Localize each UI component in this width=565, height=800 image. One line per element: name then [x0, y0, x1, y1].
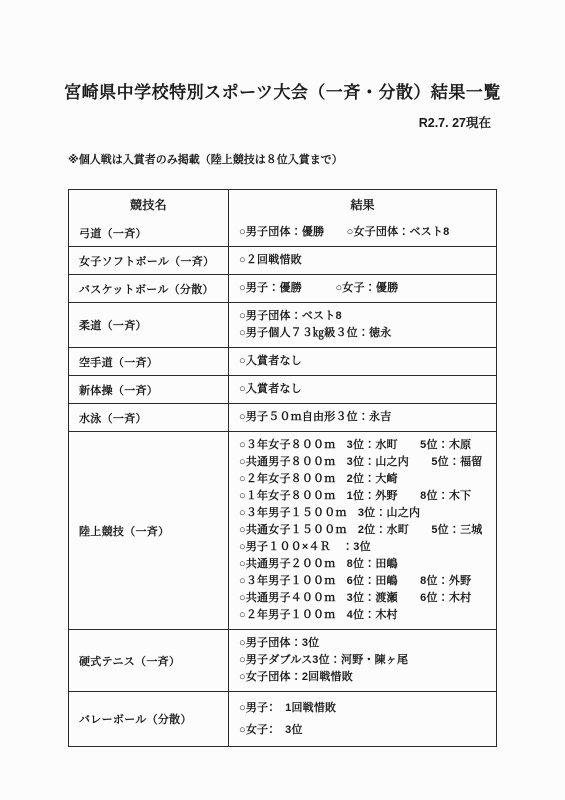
- event-results: ○男子：優勝 ○女子：優勝: [229, 275, 496, 302]
- result-line: ○２年女子８００ｍ 2位：大崎: [239, 471, 486, 488]
- event-results: ○男子： 1回戦惜敗○女子： 3位: [229, 692, 496, 746]
- event-name: 硬式テニス（一斉）: [69, 630, 229, 691]
- result-line: ○女子： 3位: [239, 719, 486, 741]
- result-line: ○女子団体：2回戦惜敗: [239, 669, 486, 686]
- result-line: ○男子団体：ベスト8: [239, 308, 486, 325]
- result-line: ○３年男子１００ｍ 6位：田嶋 8位：外野: [239, 573, 486, 590]
- result-line: ○男子個人７３㎏級３位：徳永: [239, 325, 486, 342]
- result-line: ○男子５０ｍ自由形３位：永吉: [239, 409, 486, 426]
- result-line: ○２年男子１００ｍ 4位：木村: [239, 607, 486, 624]
- table-row: 水泳（一斉）○男子５０ｍ自由形３位：永吉: [69, 403, 496, 431]
- result-line: ○男子ダブルス3位：河野・陳ヶ尾: [239, 652, 486, 669]
- results-table: 競技名 結果 弓道（一斉）○男子団体：優勝 ○女子団体：ベスト8女子ソフトボール…: [68, 189, 497, 747]
- result-line: ○１年女子８００ｍ 1位：外野 8位：木下: [239, 488, 486, 505]
- event-results: ○３年女子８００ｍ 3位：水町 5位：木原○共通男子８００ｍ 3位：山之内 5位…: [229, 432, 496, 629]
- table-body: 弓道（一斉）○男子団体：優勝 ○女子団体：ベスト8女子ソフトボール（一斉）○２回…: [69, 219, 496, 746]
- result-line: ○男子団体：優勝 ○女子団体：ベスト8: [239, 224, 486, 241]
- event-results: ○男子団体：3位○男子ダブルス3位：河野・陳ヶ尾○女子団体：2回戦惜敗: [229, 630, 496, 691]
- result-line: ○共通男子４００ｍ 3位：渡瀬 6位：木村: [239, 590, 486, 607]
- event-results: ○入賞者なし: [229, 348, 496, 375]
- event-results: ○入賞者なし: [229, 376, 496, 403]
- result-line: ○３年男子１５００ｍ 3位：山之内: [239, 505, 486, 522]
- event-name: 柔道（一斉）: [69, 303, 229, 347]
- header-result: 結果: [229, 190, 496, 219]
- result-line: ○入賞者なし: [239, 353, 486, 370]
- table-row: 陸上競技（一斉）○３年女子８００ｍ 3位：水町 5位：木原○共通男子８００ｍ 3…: [69, 431, 496, 629]
- event-name: 空手道（一斉）: [69, 348, 229, 375]
- result-line: ○男子１００×４Ｒ ：3位: [239, 539, 486, 556]
- event-name: バスケットボール（分散）: [69, 275, 229, 302]
- result-line: ○２回戦惜敗: [239, 252, 486, 269]
- event-name: 女子ソフトボール（一斉）: [69, 247, 229, 274]
- annotation-note: ※個人戦は入賞者のみ掲載（陸上競技は８位入賞まで）: [68, 151, 565, 167]
- event-name: 陸上競技（一斉）: [69, 432, 229, 629]
- result-line: ○男子団体：3位: [239, 635, 486, 652]
- result-line: ○男子： 1回戦惜敗: [239, 697, 486, 719]
- result-line: ○３年女子８００ｍ 3位：水町 5位：木原: [239, 437, 486, 454]
- event-name: 水泳（一斉）: [69, 404, 229, 431]
- event-results: ○男子５０ｍ自由形３位：永吉: [229, 404, 496, 431]
- event-results: ○男子団体：ベスト8○男子個人７３㎏級３位：徳永: [229, 303, 496, 347]
- result-line: ○共通男子２００ｍ 8位：田嶋: [239, 556, 486, 573]
- table-row: 柔道（一斉）○男子団体：ベスト8○男子個人７３㎏級３位：徳永: [69, 302, 496, 347]
- event-name: 新体操（一斉）: [69, 376, 229, 403]
- event-results: ○男子団体：優勝 ○女子団体：ベスト8: [229, 219, 496, 246]
- page-title: 宮崎県中学校特別スポーツ大会（一斉・分散）結果一覧: [0, 0, 565, 103]
- table-row: 弓道（一斉）○男子団体：優勝 ○女子団体：ベスト8: [69, 219, 496, 246]
- result-line: ○共通男子８００ｍ 3位：山之内 5位：福留: [239, 454, 486, 471]
- result-line: ○男子：優勝 ○女子：優勝: [239, 280, 486, 297]
- event-name: 弓道（一斉）: [69, 219, 229, 246]
- table-header-row: 競技名 結果: [69, 190, 496, 219]
- table-row: 女子ソフトボール（一斉）○２回戦惜敗: [69, 246, 496, 274]
- table-row: 硬式テニス（一斉）○男子団体：3位○男子ダブルス3位：河野・陳ヶ尾○女子団体：2…: [69, 629, 496, 691]
- date-note: R2.7. 27現在: [0, 113, 565, 131]
- table-row: バレーボール（分散）○男子： 1回戦惜敗○女子： 3位: [69, 691, 496, 746]
- event-results: ○２回戦惜敗: [229, 247, 496, 274]
- table-row: 空手道（一斉）○入賞者なし: [69, 347, 496, 375]
- event-name: バレーボール（分散）: [69, 692, 229, 746]
- table-row: 新体操（一斉）○入賞者なし: [69, 375, 496, 403]
- result-line: ○入賞者なし: [239, 381, 486, 398]
- header-event-name: 競技名: [69, 190, 229, 219]
- table-row: バスケットボール（分散）○男子：優勝 ○女子：優勝: [69, 274, 496, 302]
- result-line: ○共通女子１５００ｍ 2位：水町 5位：三城: [239, 522, 486, 539]
- document-page: 宮崎県中学校特別スポーツ大会（一斉・分散）結果一覧 R2.7. 27現在 ※個人…: [0, 0, 565, 800]
